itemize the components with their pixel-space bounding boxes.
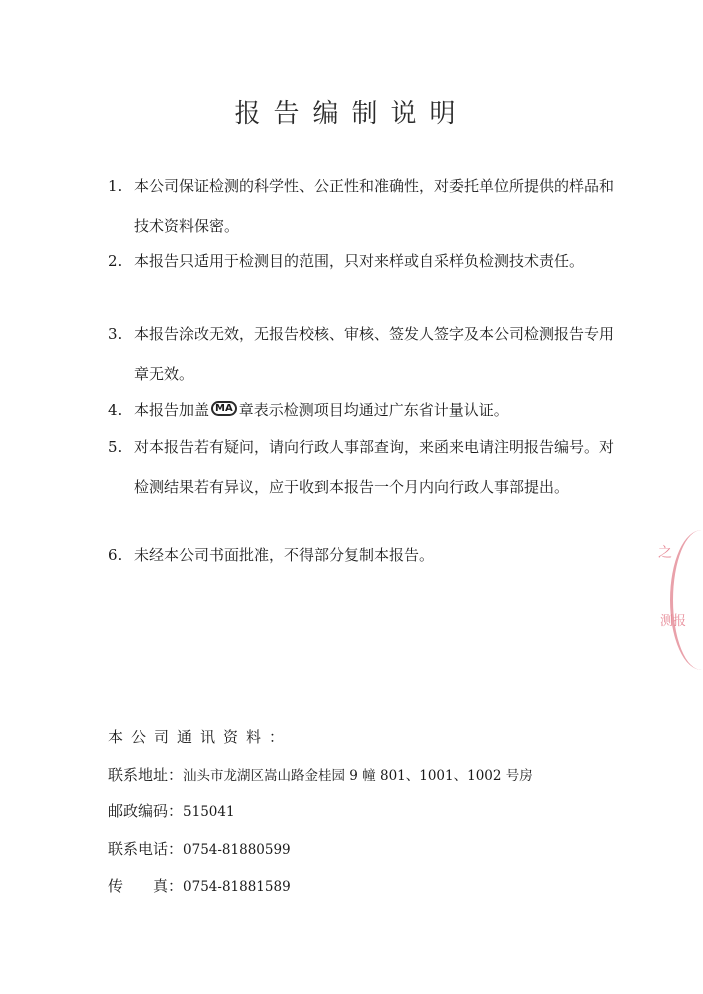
seal-arc-icon — [670, 530, 703, 670]
phone-value: 0754-81880599 — [183, 842, 291, 858]
seal-text: 之 — [658, 542, 672, 562]
address-value: 汕头市龙湖区嵩山路金桂园 9 幢 801、1001、1002 号房 — [183, 768, 533, 784]
document-title: 报告编制说明 — [0, 93, 703, 130]
note-item-1: 1. 本公司保证检测的科学性、公正性和准确性，对委托单位所提供的样品和技术资料保… — [108, 166, 628, 246]
note-text: 未经本公司书面批准，不得部分复制本报告。 — [108, 535, 628, 575]
fax-value: 0754-81881589 — [183, 879, 291, 895]
note-text: 本报告只适用于检测目的范围，只对来样或自采样负检测技术责任。 — [108, 241, 628, 281]
phone-label: 联系电话： — [108, 840, 183, 858]
postcode-value: 515041 — [183, 804, 235, 820]
note-number: 5. — [108, 427, 122, 467]
note-number: 1. — [108, 166, 122, 206]
note-item-2: 2. 本报告只适用于检测目的范围，只对来样或自采样负检测技术责任。 — [108, 241, 628, 281]
contact-fax-row: 传真：0754-81881589 — [108, 875, 291, 896]
fax-label-part-2: 真： — [153, 877, 183, 895]
cma-mark-icon: MA — [211, 401, 237, 416]
contact-heading: 本公司通讯资料： — [108, 726, 292, 747]
note-item-4: 4. 本报告加盖MA章表示检测项目均通过广东省计量认证。 — [108, 390, 628, 430]
address-label: 联系地址： — [108, 766, 183, 784]
note-number: 6. — [108, 535, 122, 575]
note-number: 2. — [108, 241, 122, 281]
note-text: 本公司保证检测的科学性、公正性和准确性，对委托单位所提供的样品和技术资料保密。 — [108, 166, 628, 246]
note-text: 本报告加盖MA章表示检测项目均通过广东省计量认证。 — [108, 390, 628, 430]
note-number: 4. — [108, 390, 122, 430]
contact-address-row: 联系地址：汕头市龙湖区嵩山路金桂园 9 幢 801、1001、1002 号房 — [108, 764, 533, 785]
red-seal-stamp: 之 测报 — [652, 530, 702, 670]
note-text-after: 章表示检测项目均通过广东省计量认证。 — [239, 401, 509, 419]
note-text: 对本报告若有疑问，请向行政人事部查询，来函来电请注明报告编号。对检测结果若有异议… — [108, 427, 628, 507]
note-item-5: 5. 对本报告若有疑问，请向行政人事部查询，来函来电请注明报告编号。对检测结果若… — [108, 427, 628, 507]
fax-label-part-1: 传 — [108, 877, 123, 895]
contact-phone-row: 联系电话：0754-81880599 — [108, 838, 291, 859]
note-text: 本报告涂改无效，无报告校核、审核、签发人签字及本公司检测报告专用章无效。 — [108, 314, 628, 394]
note-item-6: 6. 未经本公司书面批准，不得部分复制本报告。 — [108, 535, 628, 575]
note-item-3: 3. 本报告涂改无效，无报告校核、审核、签发人签字及本公司检测报告专用章无效。 — [108, 314, 628, 394]
seal-text: 测报 — [660, 610, 686, 629]
postcode-label: 邮政编码： — [108, 802, 183, 820]
contact-postcode-row: 邮政编码：515041 — [108, 800, 235, 821]
note-number: 3. — [108, 314, 122, 354]
note-text-before: 本报告加盖 — [134, 401, 209, 419]
